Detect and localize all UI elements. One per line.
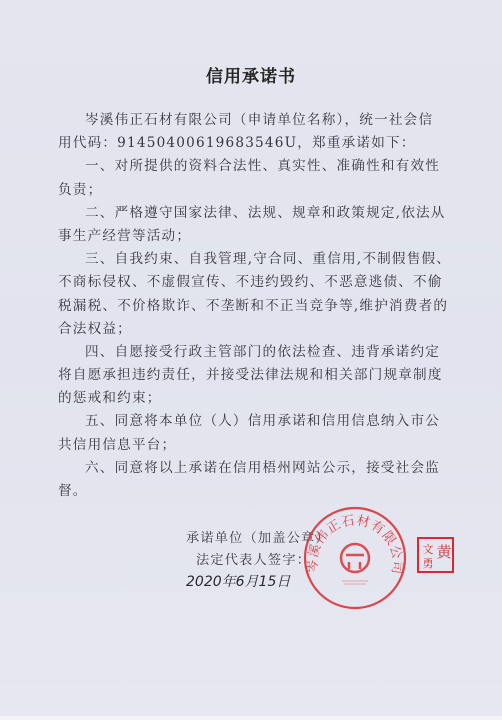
stamp-char-3: 勇 xyxy=(423,557,434,570)
stamp-char-1: 黄 xyxy=(436,543,452,561)
page-edge xyxy=(0,716,502,720)
document-page: 信用承诺书 岑溪伟正石材有限公司（申请单位名称），统一社会信 用代码：91450… xyxy=(0,0,502,716)
text-line: 的惩戒和约束； xyxy=(58,387,418,410)
text-line: 二、严格遵守国家法律、法规、规章和政策规定,依法从 xyxy=(58,202,418,225)
stamp-char-2: 文 xyxy=(423,543,434,556)
text-line: 负责； xyxy=(58,179,418,202)
document-body: 岑溪伟正石材有限公司（申请单位名称），统一社会信 用代码：91450400619… xyxy=(58,109,418,503)
company-seal-icon: 岑溪伟正石材有限公司 xyxy=(302,505,408,611)
text-line: 五、同意将本单位（人）信用承诺和信用信息纳入市公 xyxy=(58,410,418,433)
legal-rep-label: 法定代表人签字： xyxy=(196,549,311,568)
text-line: 四、自愿接受行政主管部门的依法检查、违背承诺约定 xyxy=(58,341,418,364)
text-line: 一、对所提供的资料合法性、真实性、准确性和有效性 xyxy=(58,155,418,178)
legal-rep-name-stamp: 黄 文 勇 xyxy=(417,537,454,573)
document-title: 信用承诺书 xyxy=(0,62,502,87)
text-line: 督。 xyxy=(58,480,418,503)
text-line: 不商标侵权、不虚假宣传、不违约毁约、不恶意逃债、不偷 xyxy=(58,271,418,294)
text-line: 合法权益； xyxy=(58,318,418,341)
signature-date: 2020年6月15日 xyxy=(186,571,290,591)
text-line: 将自愿承担违约责任，并接受法律法规和相关部门规章制度 xyxy=(58,364,418,387)
text-line: 用代码：91450400619683546U，郑重承诺如下： xyxy=(58,132,418,155)
text-line: 税漏税、不价格欺诈、不垄断和不正当竞争等,维护消费者的 xyxy=(58,295,418,318)
text-line: 岑溪伟正石材有限公司（申请单位名称），统一社会信 xyxy=(58,109,418,132)
text-line: 共信用信息平台； xyxy=(58,434,418,457)
text-line: 三、自我约束、自我管理,守合同、重信用,不制假售假、 xyxy=(58,248,418,271)
text-line: 事生产经营等活动； xyxy=(58,225,418,248)
text-line: 六、同意将以上承诺在信用梧州网站公示，接受社会监 xyxy=(58,457,418,480)
